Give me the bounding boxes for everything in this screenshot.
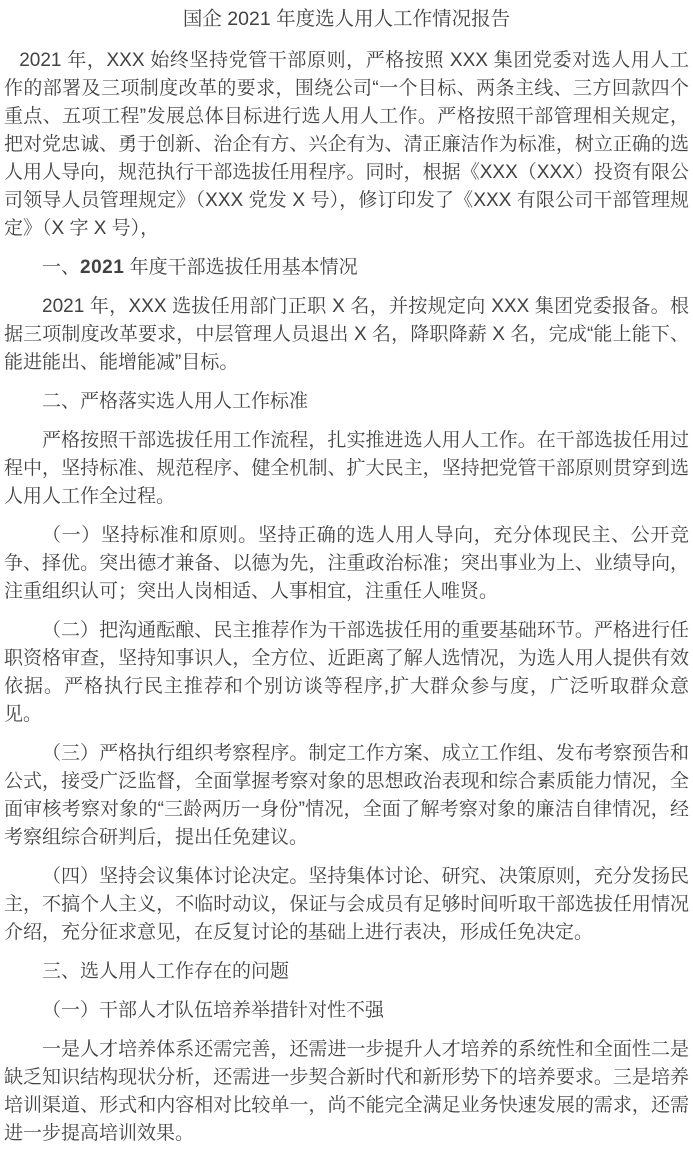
section-3-heading: 三、选人用人工作存在的问题: [4, 958, 689, 986]
section-1-paragraph: 2021 年，XXX 选拔任用部门正职 X 名，并按规定向 XXX 集团党委报备…: [4, 293, 689, 377]
section-1-heading-text: 年度干部选拔任用基本情况: [124, 257, 357, 278]
intro-paragraph: 2021 年，XXX 始终坚持党管干部原则，严格按照 XXX 集团党委对选人用人…: [4, 47, 689, 243]
section-1-heading: 一、2021 年度干部选拔任用基本情况: [4, 254, 689, 282]
section-2-item-4-paragraph: （四）坚持会议集体讨论决定。坚持集体讨论、研究、决策原则，充分发扬民主，不搞个人…: [4, 863, 689, 947]
section-2-item-3-paragraph: （三）严格执行组织考察程序。制定工作方案、成立工作组、发布考察预告和公式，接受广…: [4, 740, 689, 852]
section-2-item-1-paragraph: （一）坚持标准和原则。坚持正确的选人用人导向，充分体现民主、公开竞争、择优。突出…: [4, 522, 689, 606]
problems-paragraph: 一是人才培养体系还需完善，还需进一步提升人才培养的系统性和全面性二是缺乏知识结构…: [4, 1036, 689, 1148]
document-title: 国企 2021 年度选人用人工作情况报告: [4, 5, 689, 33]
section-2-intro-paragraph: 严格按照干部选拔任用工作流程，扎实推进选人用人工作。在干部选拔任用过程中，坚持标…: [4, 427, 689, 511]
section-1-number: 一、: [42, 257, 80, 278]
report-document: 国企 2021 年度选人用人工作情况报告 2021 年，XXX 始终坚持党管干部…: [0, 0, 693, 1160]
section-2-item-2-paragraph: （二）把沟通酝酿、民主推荐作为干部选拔任用的重要基础环节。严格进行任职资格审查，…: [4, 617, 689, 729]
section-1-year-bold: 2021: [80, 257, 124, 278]
section-2-heading: 二、严格落实选人用人工作标准: [4, 388, 689, 416]
section-3-subheading: （一）干部人才队伍培养举措针对性不强: [4, 997, 689, 1025]
